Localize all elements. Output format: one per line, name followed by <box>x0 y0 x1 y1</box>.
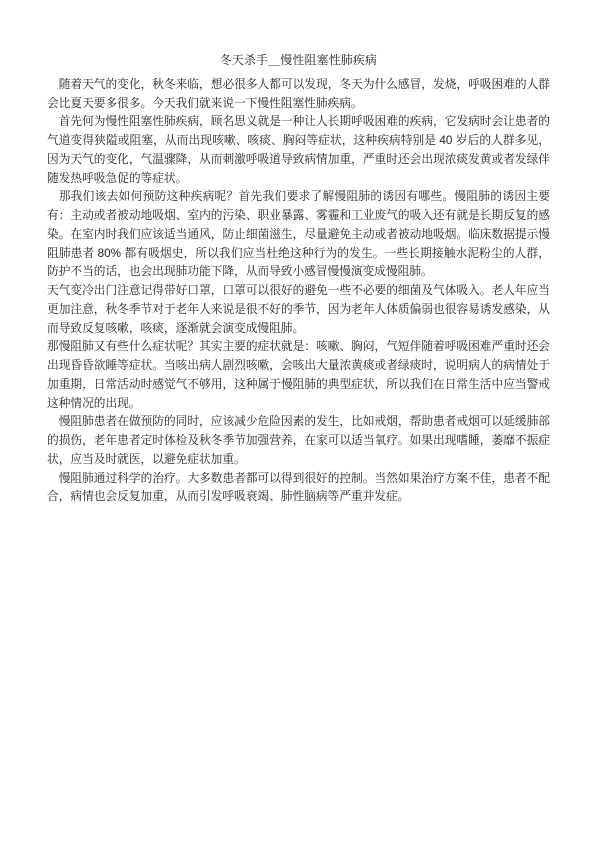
body-paragraph: 那慢阻肺又有些什么症状呢？其实主要的症状就是：咳嗽、胸闷，气短伴随着呼吸困难严重… <box>47 338 550 413</box>
document-content: 冬天杀手＿慢性阻塞性肺疾病 随着天气的变化，秋冬来临，想必很多人都可以发现，冬天… <box>47 51 550 507</box>
document-page: 冬天杀手＿慢性阻塞性肺疾病 随着天气的变化，秋冬来临，想必很多人都可以发现，冬天… <box>0 0 595 841</box>
body-paragraph: 慢阻肺患者在做预防的同时，应该减少危险因素的发生，比如戒烟，帮助患者戒烟可以延缓… <box>47 413 550 469</box>
body-paragraph: 随着天气的变化，秋冬来临，想必很多人都可以发现，冬天为什么感冒，发烧，呼吸困难的… <box>47 76 550 114</box>
body-paragraph: 首先何为慢性阻塞性肺疾病，顾名思义就是一种让人长期呼吸困难的疾病，它发病时会让患… <box>47 113 550 188</box>
body-paragraph: 那我们该去如何预防这种疾病呢？首先我们要求了解慢阻肺的诱因有哪些。慢阻肺的诱因主… <box>47 188 550 282</box>
document-title: 冬天杀手＿慢性阻塞性肺疾病 <box>47 51 550 70</box>
body-paragraph: 慢阻肺通过科学的治疗。大多数患者都可以得到很好的控制。当然如果治疗方案不佳，患者… <box>47 470 550 508</box>
body-paragraph: 天气变冷出门注意记得带好口罩，口罩可以很好的避免一些不必要的细菌及气体吸入。老人… <box>47 282 550 338</box>
